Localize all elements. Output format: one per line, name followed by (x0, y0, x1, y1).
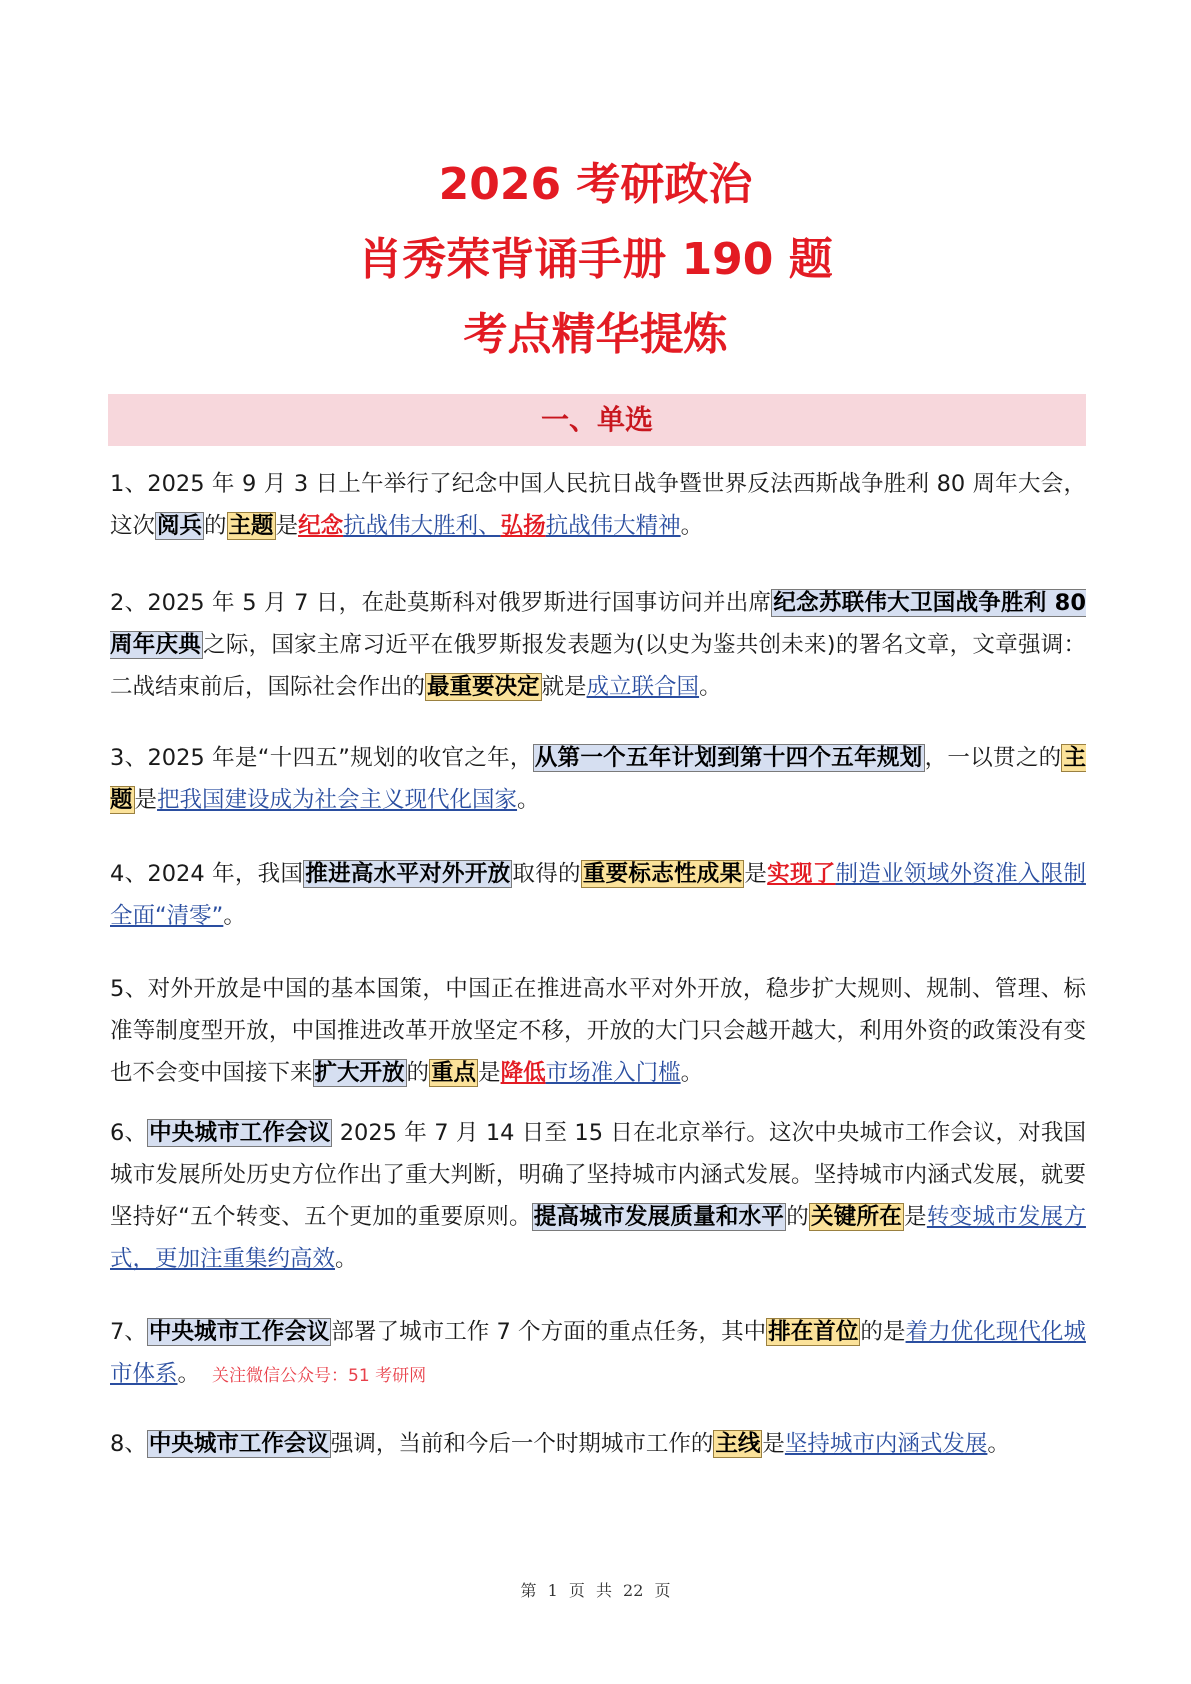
question-6: 6、中央城市工作会议 2025 年 7 月 14 日至 15 日在北京举行。这次… (110, 1112, 1086, 1280)
text: 就是 (542, 674, 587, 700)
highlight-keyword: 阅兵 (155, 512, 204, 540)
text: 是 (276, 513, 299, 539)
section-label: 一、单选 (541, 403, 653, 436)
question-4: 4、2024 年，我国推进高水平对外开放取得的重要标志性成果是实现了制造业领域外… (110, 853, 1086, 937)
highlight-keyword: 最重要决定 (425, 673, 542, 701)
text: 的 (407, 1060, 430, 1086)
text: 4、2024 年，我国 (110, 861, 303, 887)
text: 。 (517, 787, 540, 813)
text: 是 (478, 1060, 501, 1086)
highlight-keyword: 从第一个五年计划到第十四个五年规划 (533, 744, 925, 772)
text: 。 (681, 1060, 704, 1086)
highlight-keyword: 主题 (227, 512, 276, 540)
answer-underline: 成立联合国 (587, 674, 700, 700)
question-3: 3、2025 年是“十四五”规划的收官之年，从第一个五年计划到第十四个五年规划，… (110, 737, 1086, 821)
text: 是 (762, 1431, 785, 1457)
highlight-keyword: 提高城市发展质量和水平 (532, 1203, 786, 1231)
red-keyword: 弘扬 (501, 513, 546, 539)
text: 是 (135, 787, 158, 813)
text: 6、 (110, 1120, 147, 1146)
highlight-keyword: 中央城市工作会议 (147, 1318, 331, 1346)
highlight-keyword: 扩大开放 (313, 1059, 407, 1087)
section-header: 一、单选 (108, 394, 1086, 446)
answer-underline: 把我国建设成为社会主义现代化国家 (157, 787, 517, 813)
doc-title-line-3: 考点精华提炼 (0, 305, 1191, 365)
doc-title-line-2: 肖秀荣背诵手册 190 题 (0, 230, 1191, 290)
text: 是 (744, 861, 767, 887)
red-keyword: 降低 (501, 1060, 546, 1086)
text: 。 (987, 1431, 1010, 1457)
text: 2、2025 年 5 月 7 日，在赴莫斯科对俄罗斯进行国事访问并出席 (110, 590, 771, 616)
answer-underline: 抗战伟大胜利、 (343, 513, 501, 539)
text: 的 (204, 513, 227, 539)
answer-underline: 坚持城市内涵式发展 (785, 1431, 988, 1457)
question-8: 8、中央城市工作会议强调，当前和今后一个时期城市工作的主线是坚持城市内涵式发展。 (110, 1423, 1086, 1465)
highlight-keyword: 中央城市工作会议 (147, 1430, 331, 1458)
text: 8、 (110, 1431, 147, 1457)
question-2: 2、2025 年 5 月 7 日，在赴莫斯科对俄罗斯进行国事访问并出席纪念苏联伟… (110, 582, 1086, 708)
text: ，一以贯之的 (925, 745, 1062, 771)
highlight-keyword: 关键所在 (809, 1203, 904, 1231)
text: 强调，当前和今后一个时期城市工作的 (331, 1431, 714, 1457)
text: 的是 (860, 1319, 905, 1345)
highlight-keyword: 中央城市工作会议 (147, 1119, 332, 1147)
highlight-keyword: 重要标志性成果 (581, 860, 745, 888)
question-5: 5、对外开放是中国的基本国策，中国正在推进高水平对外开放，稳步扩大规则、规制、管… (110, 968, 1086, 1094)
text: 。 (681, 513, 704, 539)
text: 。 (335, 1246, 358, 1272)
text: 是 (904, 1204, 927, 1230)
question-7: 7、中央城市工作会议部署了城市工作 7 个方面的重点任务，其中排在首位的是着力优… (110, 1311, 1086, 1397)
text: 3、2025 年是“十四五”规划的收官之年， (110, 745, 533, 771)
watermark-text: 关注微信公众号：51 考研网 (212, 1366, 426, 1386)
text: 取得的 (512, 861, 580, 887)
page-number: 第 1 页 共 22 页 (0, 1578, 1191, 1601)
highlight-keyword: 排在首位 (766, 1318, 860, 1346)
text: 。 (223, 903, 246, 929)
highlight-keyword: 主线 (713, 1430, 762, 1458)
highlight-keyword: 推进高水平对外开放 (303, 860, 512, 888)
text: 部署了城市工作 7 个方面的重点任务，其中 (331, 1319, 766, 1345)
text: 。 (178, 1361, 201, 1387)
red-keyword: 实现了 (767, 861, 835, 887)
text: 的 (786, 1204, 809, 1230)
answer-underline: 市场准入门槛 (546, 1060, 681, 1086)
answer-underline: 抗战伟大精神 (546, 513, 681, 539)
doc-title-line-1: 2026 考研政治 (0, 155, 1191, 215)
red-keyword: 纪念 (298, 513, 343, 539)
question-1: 1、2025 年 9 月 3 日上午举行了纪念中国人民抗日战争暨世界反法西斯战争… (110, 463, 1086, 547)
text: 。 (699, 674, 722, 700)
text: 7、 (110, 1319, 147, 1345)
highlight-keyword: 重点 (429, 1059, 478, 1087)
